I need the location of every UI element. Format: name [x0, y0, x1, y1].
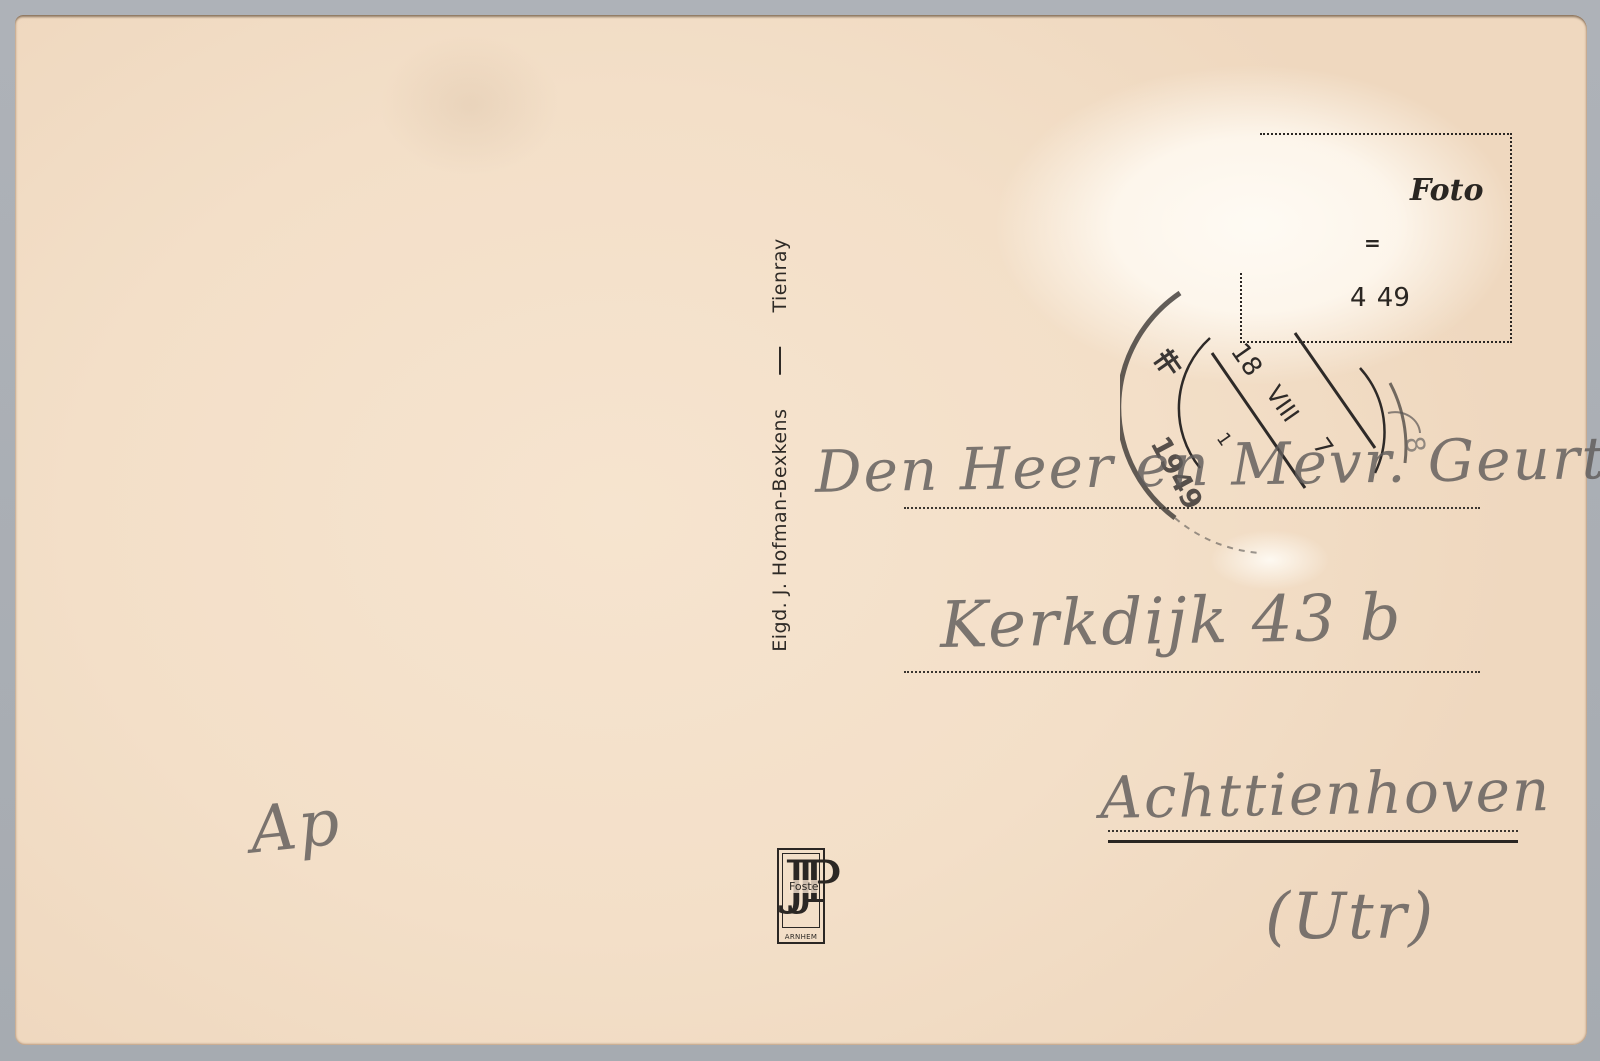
address-street: Kerkdijk 43 b: [939, 581, 1403, 663]
publisher-separator: [779, 347, 781, 375]
pencil-initials: Ap: [246, 785, 344, 868]
address-city: Achttienhoven: [1099, 756, 1551, 832]
svg-text:VIII: VIII: [1260, 380, 1305, 427]
address-underline-rule: [1108, 840, 1518, 843]
stamp-box-border-right: [1510, 133, 1512, 343]
publisher-place: Tienray: [769, 238, 791, 312]
printer-city: ARNHEM: [779, 933, 823, 941]
address-line-2: [904, 671, 1480, 673]
foto-label: Foto: [1410, 173, 1484, 208]
equals-sign: =: [1364, 231, 1381, 255]
address-line-1: [904, 507, 1480, 509]
svg-text:18: 18: [1224, 338, 1268, 382]
printer-logo: JJP Foste ARNHEM: [777, 848, 825, 944]
printer-name: Foste: [789, 880, 818, 893]
address-province: (Utr): [1265, 880, 1435, 954]
publisher-owner: Eigd. J. Hofman-Bexkens: [769, 409, 791, 652]
stamp-box-border-top: [1260, 133, 1512, 135]
publisher-imprint: Eigd. J. Hofman-Bexkens Tienray: [769, 238, 791, 651]
